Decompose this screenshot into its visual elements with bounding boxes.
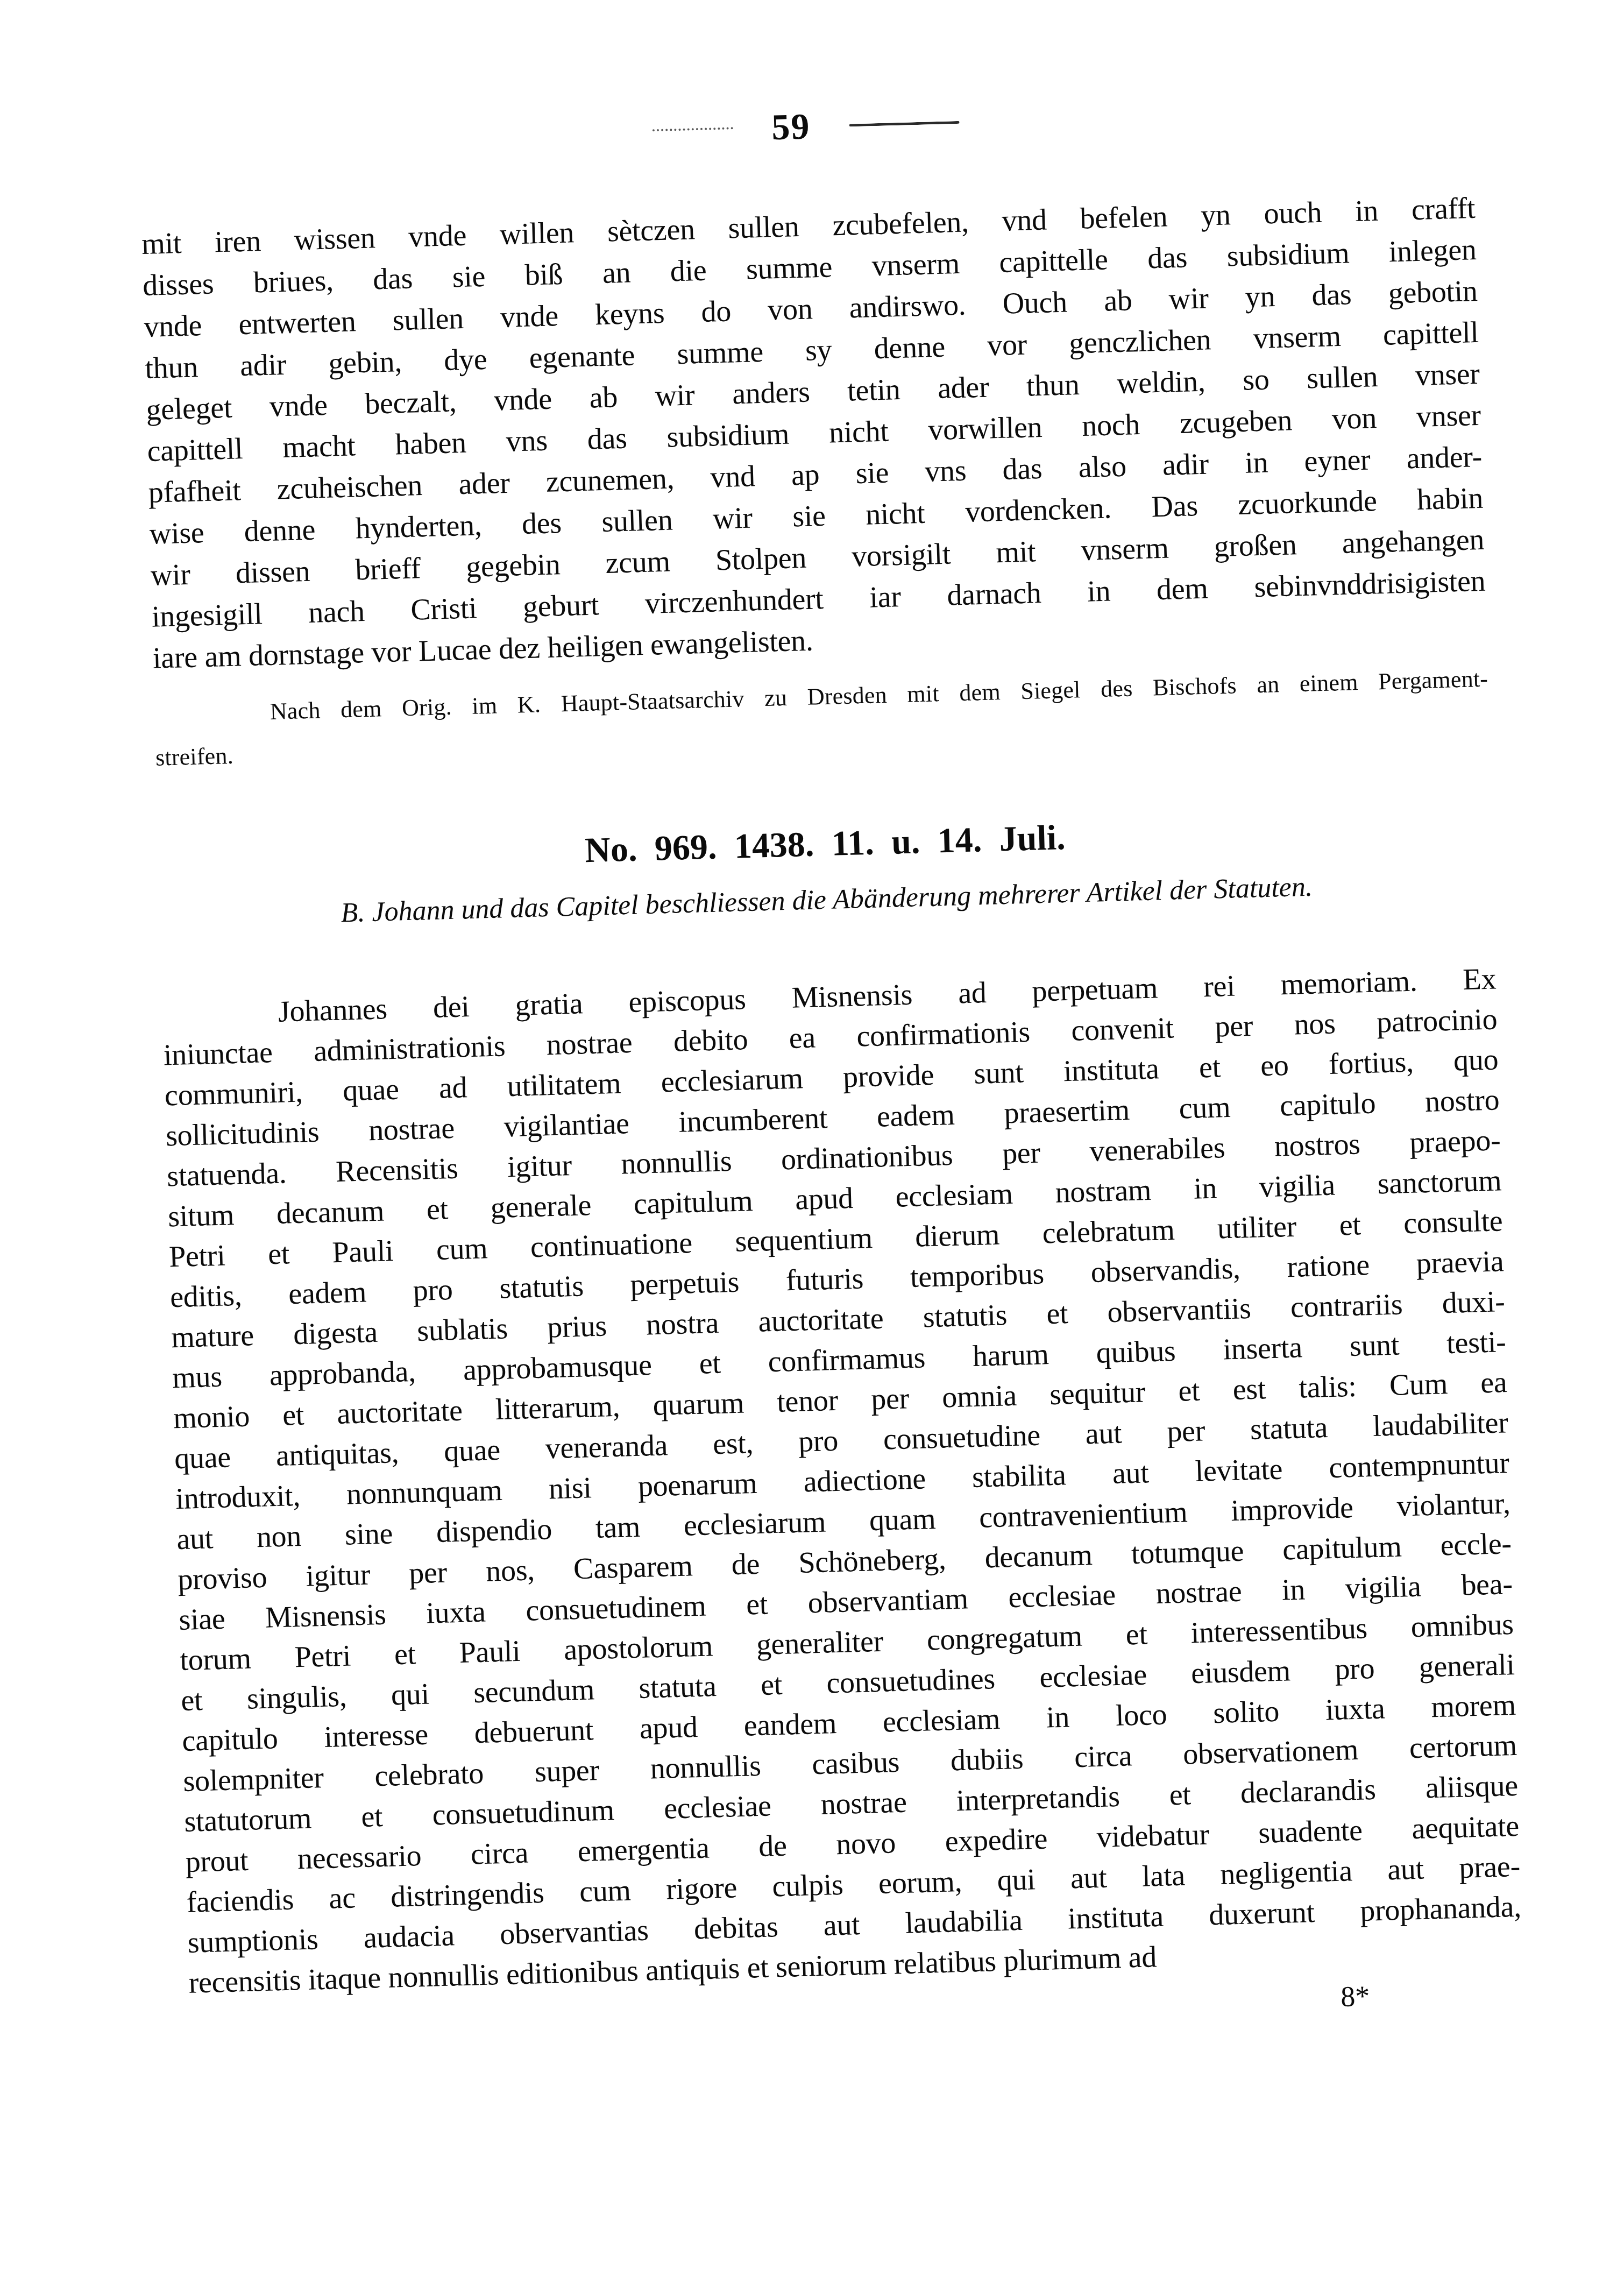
german-continuation-paragraph: mit iren wissen vnde willen sètczen sull…	[141, 188, 1487, 680]
page-content: 59 mit iren wissen vnde willen sètczen s…	[138, 79, 1524, 2044]
page-header: 59	[138, 87, 1473, 166]
header-rule-right	[849, 121, 959, 126]
source-note: Nach dem Orig. im K. Haupt-Staatsarchiv …	[154, 657, 1490, 780]
latin-charter-paragraph: Johannes dei gratia episcopus Misnensis …	[162, 959, 1523, 2003]
header-rule-left	[652, 127, 733, 131]
page-number: 59	[771, 108, 811, 145]
scanned-book-page: 59 mit iren wissen vnde willen sètczen s…	[0, 0, 1624, 2284]
